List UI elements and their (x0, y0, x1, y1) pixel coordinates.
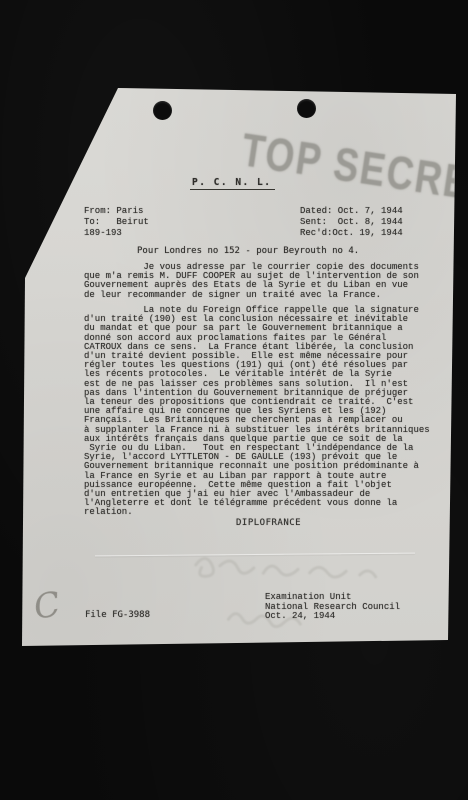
scanned-document-view: { "stamp": { "text": "TOP SECRET", "colo… (0, 0, 468, 800)
pencil-annotation: C (31, 584, 64, 628)
document-page: TOP SECRET P. C. N. L. From: Paris To: B… (20, 86, 458, 647)
body-paragraph-2: La note du Foreign Office rappelle que l… (84, 306, 430, 518)
top-secret-stamp: TOP SECRET (238, 124, 468, 214)
header-dates-block: Dated: Oct. 7, 1944 Sent: Oct. 8, 1944 R… (300, 206, 403, 239)
address-line: Pour Londres no 152 - pour Beyrouth no 4… (137, 247, 359, 256)
signature-line: DIPLOFRANCE (236, 519, 301, 528)
header-from-to-block: From: Paris To: Beirut 189-193 (84, 206, 149, 239)
examination-unit-block: Examination Unit National Research Counc… (265, 593, 400, 622)
body-paragraph-1: Je vous adresse par le courrier copie de… (84, 263, 419, 300)
paper-crease (95, 553, 415, 557)
punch-hole-right (297, 99, 316, 118)
document-title: P. C. N. L. (190, 178, 275, 190)
file-number: File FG-3988 (85, 611, 150, 620)
punch-hole-left (153, 101, 172, 120)
